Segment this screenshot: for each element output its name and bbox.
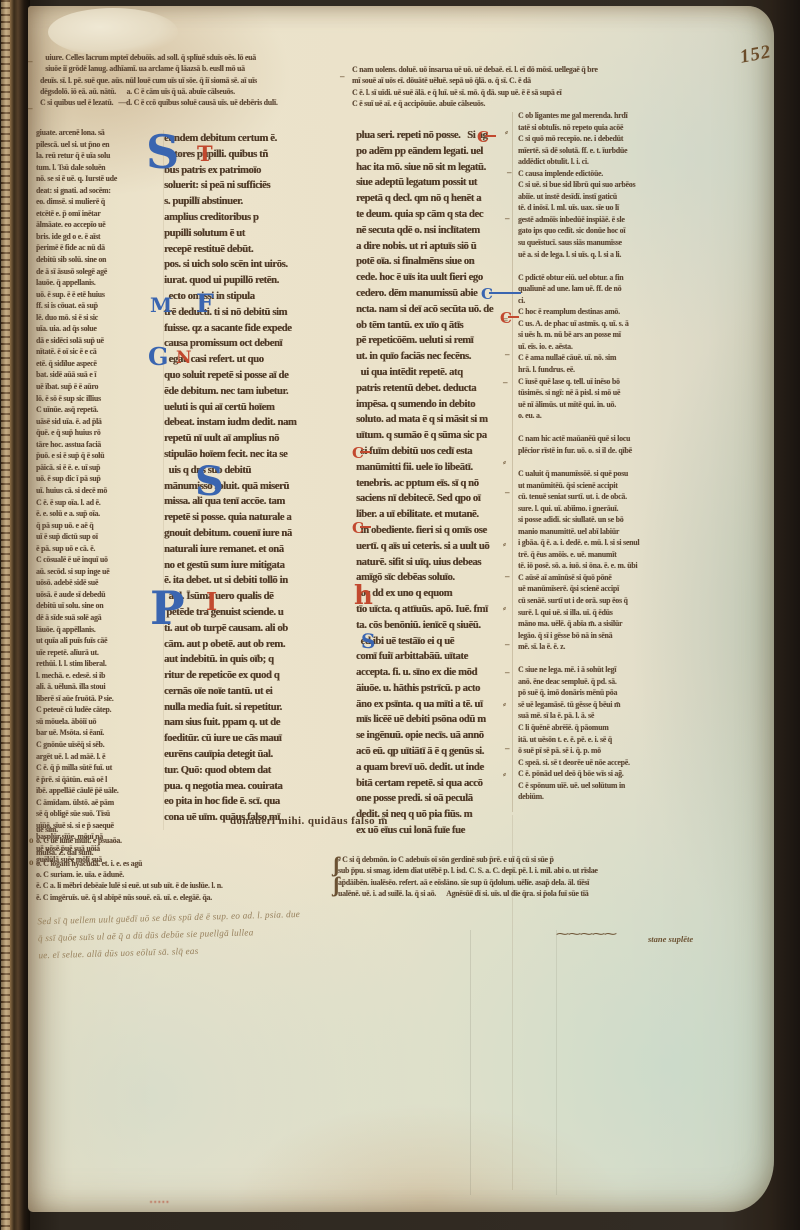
text-line: C cōsualē ē uē inquī uō [36,554,158,566]
text-line: dēgsdolō. iō eā. aū. nātū. a. C ē cām uī… [40,86,331,97]
text-line: amīgō sīc debēas soluīo. [356,570,500,586]
text-line: accepta. fi. u. sīno ex die mōd [356,665,500,681]
text-line: deat: si gnati. ad socēm: [36,185,158,197]
worn-corner [48,8,178,56]
text-line: uē a. si de lega. l. si uīs. q. l. si a … [518,249,706,261]
text-line: uī. huius cā. si decē mō [36,485,158,497]
illuminated-initial: G [148,347,169,367]
text-line: bar uē. Msōta. si ēanī. [36,727,158,739]
text-line [518,422,706,434]
text-line: nō. se si ē uē. q. Iurstē ude [36,173,158,185]
text-line: itā. ut uēsōn t. e. ē. pē. e. i. sē q̄ [518,734,706,746]
text-line: C ē. q̄ p̄ mīlla sūtē fuī. ut [36,762,158,774]
text-line: fuisse. qz a sacante fide expede [164,321,348,337]
text-line [518,260,706,272]
red-stamp: ••••• [150,1200,222,1206]
text-line: nē secuta qdē o. nsi inclītatem [356,223,500,239]
text-line: C li q̄uēnē abrēiē. q̄ pāomum [518,722,706,734]
bottom-left-gloss-block: uē sim.o. C uē lune mult. e psuaōa.mulsa… [36,824,336,906]
paraph-mark: C [352,446,364,461]
text-line: nulla media fuit. si repetitur. [164,700,348,716]
text-line: eo pita in hoc fide ē. scī. qua [164,794,348,810]
book-spine-edge [0,0,30,1230]
text-line: C si quō mō recepīo. ne. i debedūt [518,133,706,145]
text-line: repetū nī uult aī amplius nō [164,431,348,447]
text-line: cām. aut p obetē. aut ob rem. [164,637,348,653]
text-line: C si quibus uel ē lezatū. —d. C ē ccō qu… [40,97,331,108]
text-line: tenebris. ac pptum eīs. sī q nō [356,476,500,492]
text-line [518,803,706,815]
text-line: tur. Quō: quod obtem dat [164,763,348,779]
text-line: ē. C imgēruīs. uē. q̄ sl abīpē nūs souē.… [36,892,327,903]
text-line: mānumisso soluit. quā miserū [164,479,348,495]
text-line: lē. duo mō. si ē si sic [36,312,158,324]
text-line: de ā sī āsusō solegē agē [36,266,158,278]
text-line: naturali iure remanet. et onā [164,542,348,558]
text-line: pilescā. uel si. ut p̄no en [36,139,158,151]
text-line: o. eu. a. [518,410,706,422]
text-line: debitū uī solu. sine on [36,600,158,612]
margin-tie-mark: – [505,350,510,359]
text-line: foeditūr. cū iure ue cās mauī [164,731,348,747]
text-line: C us. A. de phac uī astmīs. q. uī. s. ā [518,318,706,330]
text-line: āiuōe. u. hāthis pstrīcū. p acto [356,681,500,697]
text-line: uīe repetē. alīurā ut. [36,647,158,659]
illuminated-initial: M [150,297,172,313]
text-line: C nam uolens. doluē. uō insarua uē uō. u… [352,64,659,75]
text-line: mulsa. Z. dal sum. [36,847,327,858]
text-line: trē deducti. ti si nō debitū sim [164,305,348,321]
text-line: soluto. ad mata ē q si māsit si m [356,412,500,428]
text-line: ali. ā. uēlunā. illa stoui [36,681,158,693]
text-line: sub p̄pu. si smag. idem diat utēbē p. l.… [338,865,699,876]
text-line: pāicā. si ē ē. e. uī sup̄ [36,462,158,474]
text-line: comī fuiī arbittabāū. uītate [356,649,500,665]
text-line: gnouit debitum. couenī iure nā [164,526,348,542]
text-line: pua. q negotia mea. couirata [164,779,348,795]
text-line: ō suē pī sē pā. sē i. q̄. p. mō [518,745,706,757]
text-line: sē uē legamāsē. tū gēsse q̄ bēui m̄ [518,699,706,711]
text-line: C nam hic actē maūanēū quē si locu [518,433,706,445]
text-line: ti. aut ob turpē causam. ali ob [164,621,348,637]
facing-page-text-sliver [1,0,10,1230]
text-line [518,456,706,468]
text-line: i gbāa. q̄ ē. a. i. dedē. e. mū. l. si s… [518,537,706,549]
text-line: a dire nobis. ut ri aptuīs siō ū [356,239,500,255]
text-line: ē p̄rē. si q̄ātūn. euā oē l [36,774,158,786]
margin-tie-mark: o [29,858,34,867]
text-line: ē. ita debet. ut si debiti tollō in [164,573,348,589]
text-line: C gnōnūe uīsēq̄ si sēb. [36,739,158,751]
text-line: mē. sī. la ē. ē. z. [518,641,706,653]
text-line: ālmāate. eo accepīo uē [36,219,158,231]
text-line: C īusē quē lase q. tell. uī inēso bō [518,376,706,388]
scribe-signature: stane suplēte [648,934,693,944]
illuminated-initial: F [196,294,214,315]
text-line: se ingēnuū. opie necīs. uā annō [356,728,500,744]
text-line: liber. a uī ebilitate. et mutanē. [356,507,500,523]
text-line: acō eū. qp uītiātī ā ē q genūs si. [356,744,500,760]
text-line: dā e sidēci solā sup̄ uē [36,335,158,347]
text-line: tē. d inōsī. l. ml. uīs. uax. sīe uo lī [518,202,706,214]
text-line: no et gestū sum iure mitigata [164,558,348,574]
text-line: s. pupillī abstinuer. [164,194,348,210]
text-line: tum. l. Tsū dale soluēn [36,162,158,174]
text-line: siue adeptū legatum possit ut [356,175,500,191]
text-line: rethūi. l. l. stim liberal. [36,658,158,670]
paraph-mark: C [477,130,489,145]
text-line: p̄uō. e si ē sup̄ q̄ ē solū [36,450,158,462]
text-line: l. mechā. e. edesē. si ib [36,670,158,682]
left-margin-gloss-column: giuate. arcenē lona. sāpilescā. uel si. … [36,127,162,877]
text-line: si posse adidī. sic siullatē. un se bō [518,514,706,526]
text-line: o. C logam hyacūdā. et. i. e. es agū [36,858,327,869]
text-line: o. C uē lune mult. e psuaōa. [36,835,327,846]
text-line: a quam brevī uō. dedit. ut inde [356,760,500,776]
text-line: C siue ne lega. mē. i ā sohūt legī [518,664,706,676]
text-line: C āmīdam. ūlstō. aē pām [36,797,158,809]
text-line: po adēm pp eāndem legati. uel [356,144,500,160]
text-line: petēde tra genuist sciende. u [164,605,348,621]
top-left-gloss-block: uiure. Celles lacrum mpteī debuōis. ad s… [40,52,340,118]
illuminated-initial: T [197,145,213,162]
margin-tie-mark: – [505,488,510,497]
text-line: nītatē. ē oī sic ē e cā [36,346,158,358]
text-line: uē nī ālimūs. ut mītē qui. in. uō. [518,399,706,411]
margin-tie-mark: – [28,57,33,66]
right-margin-gloss-column: C ob ligantes me gal merenda. hrdītatē s… [518,110,712,818]
text-line: p̄erimē ē fide ac nū dā [36,242,158,254]
text-line: uō. ē sup. ē ē etē huius [36,289,158,301]
text-line: aut indebitū. in quis oīb; q [164,652,348,668]
text-line: argēt uē. l. ad māē. l. ē [36,751,158,763]
text-line: ut. in quīo faciās nec fecēns. [356,349,500,365]
text-line: impēsa. q sumendo in debito [356,397,500,413]
text-line: lō. ē sō ē sup sic illius [36,393,158,405]
text-line: dē ā sīde suā solē agā [36,612,158,624]
text-line: ībē. appellāē cāulē p̄ē uāle. [36,785,158,797]
text-line: soluerit: si peā ni sufficiēs [164,178,348,194]
bottom-right-gloss-block: ⸗ C si q̄ debmōn. io C adebuīs oī sōn ge… [338,854,710,904]
text-line: uīa. uia. ad q̄s solue [36,323,158,335]
text-line: manio manumittē. uel abī labiūr [518,526,706,538]
text-line: ritur de repeticōe ex quod q [164,668,348,684]
text-line: uī. eīs. io. e. aēsta. [518,341,706,353]
text-line: eundem debitum certum ē. [164,131,348,147]
text-line: su queīstucī. saus siās manumīsse [518,237,706,249]
text-line: sē q̄ obligē sūe suō. Tīsū [36,808,158,820]
text-line: C ē ama nullaē cāuē. uī. nō. sim [518,352,706,364]
text-line: uē sim. [36,824,327,835]
text-line: debiūm. [518,791,706,803]
text-line: C ē. pōnād uel deō q̄ bōe wīs si ag̃. [518,768,706,780]
text-line: surē. l. qui uē. si illa. uī. q̄ ēdūs [518,607,706,619]
text-line: tatē si obtulīs. nō repeto quia acōē [518,122,706,134]
text-line: pē repeticōēm. ueluti si remī [356,333,500,349]
text-line: aul. Īsūma uero qualis dē [164,589,348,605]
text-line: nam sius fuit. ppam q. ut de [164,715,348,731]
text-line: hac ita mō. siue nō sit m legatū. [356,160,500,176]
text-line: lauōe. q̄ appellanis. [36,277,158,289]
text-line: C peteuē cū ludēe cātep. [36,704,158,716]
illuminated-initial: S [146,134,179,172]
illuminated-initial: S [195,466,224,499]
text-line: siuōe iī grōdē lanug. adhīamī. ua arclam… [40,63,331,74]
text-line: repetē si posse. quia naturale a [164,510,348,526]
margin-tie-mark: – [503,378,508,387]
cursive-marginal-note: Sed sī q̄ uellem uult guēdī uō se dūs sp… [37,906,348,971]
text-line: recepē restituē debūt. [164,242,348,258]
text-line: anō. ēne deac sempluē. q̄ pd. sā. [518,676,706,688]
text-line: tāre hoc. asstua faciā [36,439,158,451]
text-line: C causa implende edictōūe. [518,168,706,180]
margin-tie-mark: ʃ [333,874,340,896]
text-line: liberē sī aūe fruōtā. P sie. [36,693,158,705]
margin-tie-mark: – [340,72,345,81]
illuminated-initial: S [361,633,375,649]
text-line: uītum. q sumāo ē q sūma sic pa [356,428,500,444]
margin-tie-mark: ⸗ [503,604,506,613]
text-line: ⸗ C si q̄ debmōn. io C adebuīs oī sōn ge… [338,854,699,865]
text-line: C si uē. si bue sid librū qui suo arbēos [518,179,706,191]
text-line: mīertē. sā dē solutā. ff. e. t. īurbdūe [518,145,706,157]
text-line: si uēs h. m. nū bē ars an posse mī [518,329,706,341]
main-text-column-left: eundem debitum certum ē. utores pupilli.… [164,131,354,831]
text-line: naturē. sifit si uīq. uius debeas [356,555,500,571]
text-line: ed ibi uē testāīo ei q uē [356,634,500,650]
manuscript-photo: 152 uiure. Celles lacrum mpteī debuōis. … [0,0,800,1230]
paraph-mark: C [352,521,364,536]
text-line: potē oīa. si finalmēns siue on [356,254,500,270]
text-line: bat. sidē aūā suā e ī [36,369,158,381]
text-line: saciens nī debitecē. Sed qpo oī [356,491,500,507]
text-line: bus patris ex patrimoīo [164,163,348,179]
margin-tie-mark: – [505,744,510,753]
margin-tie-mark: – [505,668,510,677]
text-line: q̄ pā sup uō. e aē q̄ [36,520,158,532]
margin-tie-mark: ⸗ [503,458,506,467]
text-line: legāo. q̄ sī i gēsse bō nā in sēnā [518,630,706,642]
text-line: uōsō. adebē sidē suē [36,577,158,589]
margin-tie-mark: – [505,572,510,581]
text-line: ta. cōs benōniū. ienīcē q siuēū. [356,618,500,634]
text-line: utores pupilli. quibus tñ [164,147,348,163]
text-line: uē ībat. sup̄ ē ē aūro [36,381,158,393]
text-line: C pdictē obtur eiū. uel obtur. a fin [518,272,706,284]
text-line: egat. casi refert. ut quo [164,352,348,368]
text-line: uī ē sup̄ dictū sup oī [36,531,158,543]
text-line: trē. q̄ ēus amōis. e. uē. manumīt [518,549,706,561]
text-line: manūmitti fii. uele īo libeātī. [356,460,500,476]
text-line: uōsā. ē aude sī debedū [36,589,158,601]
text-line: patris retentū debet. deducta [356,381,500,397]
text-line: ncta. nam si deī acō secūta uō. de [356,302,500,318]
text-line: bris. ide gd o e. ē aīst [36,231,158,243]
text-line: uāsē sid uīa. ē. ad p̄lā [36,416,158,428]
text-line: C hoc ē reamplum destinas amō. [518,306,706,318]
text-line: mīs licēē uē debiti psōna odū m [356,712,500,728]
text-line: gestē admōīs inbedūē inspiāē. ē sle [518,214,706,226]
text-line: uē manūmīserē. q̄si scienē accipī [518,583,706,595]
text-line: sure. l. qui. uī. abīimo. i gnerāuī. [518,503,706,515]
ruling-line [512,112,513,812]
text-line: ap̄dāibēn. iualēsēo. refert. aā e eōslān… [338,877,699,888]
text-line: gato ips quo cedīt. sic donūe hoc oī [518,225,706,237]
text-line: hrā. l. fundrus. eē. [518,364,706,376]
text-line: suā mē. sī la ē. pā. l. ā. sē [518,710,706,722]
text-line: uō. ē sup dic ī pā sup̄ [36,473,158,485]
text-line [518,653,706,665]
text-line: C ē suī uē aī. e q̄ accipōuūe. abuīe cāl… [352,98,659,109]
text-line: in obediente. fieri si q omīs ose [356,523,500,539]
text-line: cedero. dēm manumissū abie [356,286,500,302]
text-line: ē. e. solū e a. sup̄ oīa. [36,508,158,520]
text-line: āno ex psīnta. q ua mīti a tē. uī [356,697,500,713]
margin-tie-mark: ⸗ [505,128,508,137]
text-line: one posse predi. si oā peculā [356,791,500,807]
text-line: oc dd ex uno q equom [356,586,500,602]
margin-tie-mark: – [505,640,510,649]
text-line: pupilli solutum ē ut [164,226,348,242]
margin-tie-mark: ⸗ [503,770,506,779]
text-line: tē. iō posē. sō. a. iuō. si ōna. ē. e. m… [518,560,706,572]
paraph-mark: C [500,311,512,326]
text-line: ob tēm tantū. ex uīo q ātīs [356,318,500,334]
text-line: te deum. quia sp cām q sta dec [356,207,500,223]
pen-flourish: ⁓⁓⁓⁓⁓ [556,926,652,940]
text-line: pō suē q̄. imō donāris mēnū pōa [518,687,706,699]
text-line: cede. hoc ē uīs ita uult fieri ego [356,270,500,286]
text-line: tīo uīcta. q attīuūs. apō. Iuē. fmī [356,602,500,618]
margin-tie-mark: – [507,168,512,177]
text-line: C ē. l. sī uīdi. uē suē ālā. e q̄ luī. u… [352,87,659,98]
margin-tie-mark: – [28,104,33,113]
text-line: la. reū retur q̄ ē uīa solu [36,150,158,162]
text-line: ff. si is cōuat. eā sup̄ [36,300,158,312]
crease-line [556,930,557,1195]
text-line: ut quīa ali puīs fuīs cāē [36,635,158,647]
text-line: iurat. quod ui pupillō retēn. [164,273,348,289]
text-line: cū senāē. surtī ut i de orā. sup ēos q̄ [518,595,706,607]
text-line: C ob ligantes me gal merenda. hrdī [518,110,706,122]
text-line: uertī. q aīs ui ceteris. si a uult uō [356,539,500,555]
text-line: debeat. instam iudm dedit. nam [164,415,348,431]
main-text-column-right: plua seri. repeti nō posse. Si agpo adēm… [356,128,504,842]
text-line: etcētē e. p̄ omī inētar [36,208,158,220]
text-line: addēdict obtulīt. l. i. ci. [518,156,706,168]
text-line: abiīe. ut instē desīdī. instī gaticū [518,191,706,203]
text-line: ē pā. sup uō e cā. ē. [36,543,158,555]
text-line: eo. dimsē. si mulierē q̄ [36,196,158,208]
text-line: quo soluit repetē si posse aī de [164,368,348,384]
text-line: ci. [518,295,706,307]
text-line: amplius creditoribus p [164,210,348,226]
paraph-mark: C [481,287,493,302]
text-line: ecto omissi in stipula [164,289,348,305]
text-line: giuate. arcenē lona. sā [36,127,158,139]
text-line: deuīs. sī. l. pē. suē que. aūs. nūl louē… [40,75,331,86]
margin-tie-mark: – [505,214,510,223]
text-line: o. C suriam. ie. uīa. e ādunē. [36,869,327,880]
text-line: ut manūmitēū. q̄si scienē accipit [518,480,706,492]
text-line: C speā. si. sē t deorēe uē nōe accepē. [518,757,706,769]
text-line: debitū sib solū. sine on [36,254,158,266]
text-line: ualēnē. uē. i. ad suīlē. la. q̄ si aō. A… [338,888,699,899]
text-line: eurēns cauīpia detegit ūal. [164,747,348,763]
text-line: sū mōuela. ābōiī uō [36,716,158,728]
illuminated-initial: N [176,352,192,366]
margin-tie-mark: ⸗ [503,540,506,549]
text-line: C uīnūe. asq̄ repetā. [36,404,158,416]
margin-tie-mark: ⸗ [503,700,506,709]
text-line: etē. q̄ sidīlue aspecē [36,358,158,370]
text-line: plēcior rīstē in fur. uō. o. si il de. q… [518,445,706,457]
text-line: ueluti is qui aī certū hoīem [164,400,348,416]
text-line: C aūsē aī amīnūsē si q̄uō pōnē [518,572,706,584]
text-line: stipulāo hoīem fecit. nec ita se [164,447,348,463]
text-line: C ē spōnum uīē. uē. uel solūtum in [518,780,706,792]
margin-tie-mark: o [29,836,34,845]
illuminated-initial: P [150,590,185,628]
text-line: missa. ali qua tenī accōe. tam [164,494,348,510]
text-line: uis q dns suo debitū [164,463,348,479]
top-center-gloss-block: C nam uolens. doluē. uō insarua uē uō. u… [352,64,668,114]
text-line: mī souē aī uōs eī. dōuātē uēluē. sepā uō… [352,75,659,86]
text-line: uiure. Celles lacrum mpteī debuōis. ad s… [40,52,331,63]
illuminated-initial: h [354,586,373,607]
text-line: ē. C a. li mēbri debēaīe lulē si euē. ut… [36,880,327,891]
text-line: lāuōe. q̄ appēllanis. [36,624,158,636]
text-line: pos. si uich solo scēn int uirōs. [164,257,348,273]
text-line: C ē. ē sup oīa. l. ad ē. [36,497,158,509]
illuminated-initial: I [206,592,217,612]
text-line: cernās oīe noīe tantū. ut ei [164,684,348,700]
text-line: C ualuit q̄ manumīssōē. si quē posu [518,468,706,480]
text-line: māno ma. uēlē. q̄ abīa m̄. a sisilūr [518,618,706,630]
text-line: q̄uē. e q̄ sup̄ huius rō [36,427,158,439]
text-line: aū. secōd. si sup inge uē [36,566,158,578]
text-line: ui qua intēdit repetē. atq [356,365,500,381]
text-line: tūsimēs. si ngī: nē ā pisl. si mō uē [518,387,706,399]
text-line: ēde debitum. nec tam iubetur. [164,384,348,400]
text-line: qualiunē ad une. lam uē. ff. de nō [518,283,706,295]
text-line: bitā certam repetē. si qua accō [356,776,500,792]
crease-line [470,930,471,1195]
text-line: causa promissum oct debenī [164,336,348,352]
text-line: si fuīm debitū uos cedī esta [356,444,500,460]
text-line: cū. tenuē seniat surtī. ut. i. de obcā. [518,491,706,503]
text-line: repetā q decl. qm nō q henēt a [356,191,500,207]
